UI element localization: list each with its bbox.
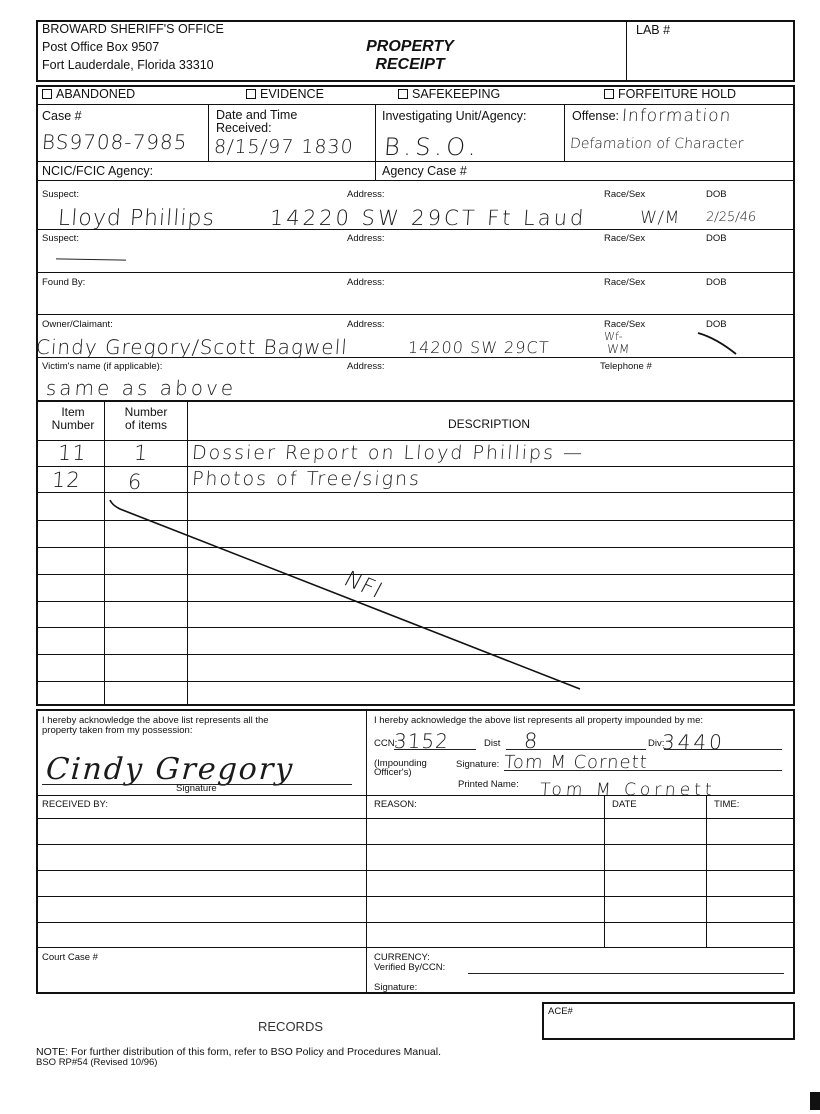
divider (36, 357, 795, 358)
checkbox-evidence[interactable] (246, 89, 256, 99)
ccn-line (394, 749, 476, 750)
officer-signature-line (504, 770, 782, 771)
date-time-label-2: Received: (216, 122, 272, 135)
suspect2-race-sex-label: Race/Sex (604, 234, 645, 244)
ack-left-text-2: property taken from my possession: (42, 726, 192, 736)
lab-number-field[interactable] (628, 40, 792, 78)
checkbox-forfeiture-hold[interactable] (604, 89, 614, 99)
investigating-agency-label: Investigating Unit/Agency: (382, 110, 527, 123)
item-count[interactable]: 6 (127, 470, 143, 494)
col-number-of-items: Number of items (108, 406, 184, 431)
ace-box (542, 1002, 795, 1040)
agency-case-label: Agency Case # (382, 165, 467, 178)
case-number-value[interactable]: BS9708-7985 (41, 130, 188, 154)
divider (36, 870, 795, 871)
col-item-number: Item Number (44, 406, 102, 431)
owner-dob-strike (696, 330, 740, 356)
suspect2-address-label: Address: (347, 234, 385, 244)
found-by-dob-label: DOB (706, 278, 727, 288)
received-by-label: RECEIVED BY: (42, 800, 108, 810)
divider (366, 709, 367, 994)
divider (36, 400, 795, 402)
divider (36, 818, 795, 819)
divider (36, 844, 795, 845)
option-evidence[interactable]: EVIDENCE (246, 88, 324, 101)
printed-name-label: Printed Name: (458, 780, 519, 790)
verified-by-label: Verified By/CCN: (374, 963, 445, 973)
divider (208, 104, 209, 162)
divider (36, 922, 795, 923)
found-by-race-sex-label: Race/Sex (604, 278, 645, 288)
investigating-agency-value[interactable]: B.S.O. (383, 133, 481, 161)
void-strike-line (100, 495, 600, 695)
victim-name-value[interactable]: same as above (45, 376, 237, 400)
currency-signature-label: Signature: (374, 983, 417, 993)
div-line (664, 749, 782, 750)
divider (36, 795, 795, 796)
divider (36, 466, 795, 467)
court-case-label: Court Case # (42, 953, 98, 963)
suspect2-label: Suspect: (42, 234, 79, 244)
suspect1-race-sex[interactable]: W/M (639, 208, 681, 228)
div-value[interactable]: 3440 (661, 730, 726, 754)
ace-label: ACE# (548, 1007, 573, 1017)
col-item-line2: Number (44, 419, 102, 432)
divider (36, 180, 795, 181)
item-number[interactable]: 12 (51, 468, 81, 492)
ack-left-signature[interactable]: Cindy Gregory (45, 752, 296, 787)
victim-address-label: Address: (347, 362, 385, 372)
form-id: BSO RP#54 (Revised 10/96) (36, 1058, 157, 1068)
item-number[interactable]: 11 (57, 441, 87, 465)
divider (626, 20, 627, 82)
dist-label: Dist (484, 739, 500, 749)
offense-label: Offense: (572, 110, 619, 123)
victim-telephone-label: Telephone # (600, 362, 652, 372)
agency-address-line1: Post Office Box 9507 (42, 41, 159, 54)
option-safekeeping[interactable]: SAFEKEEPING (398, 88, 500, 101)
divider (564, 104, 565, 162)
reason-label: REASON: (374, 800, 417, 810)
divider (36, 161, 795, 162)
suspect1-dob-label: DOB (706, 190, 727, 200)
officer-signature-label: Signature: (456, 760, 499, 770)
owner-race-sex-2[interactable]: WM (607, 342, 630, 356)
option-label: FORFEITURE HOLD (618, 87, 736, 101)
form-title-line1: PROPERTY (330, 38, 490, 56)
impounding-label-2: Officer's) (374, 768, 412, 778)
col-num-line2: of items (108, 419, 184, 432)
date-time-value[interactable]: 8/15/97 1830 (213, 136, 354, 158)
scan-artifact (810, 1092, 820, 1110)
suspect1-dob[interactable]: 2/25/46 (705, 210, 756, 225)
suspect2-dob-label: DOB (706, 234, 727, 244)
divider (36, 896, 795, 897)
divider (36, 229, 795, 230)
suspect1-name[interactable]: Lloyd Phillips (57, 206, 216, 231)
verified-by-line[interactable] (468, 973, 784, 974)
option-label: ABANDONED (56, 87, 135, 101)
item-description[interactable]: Photos of Tree/signs (191, 468, 422, 490)
owner-race-sex-label: Race/Sex (604, 320, 645, 330)
found-by-address-label: Address: (347, 278, 385, 288)
divider (36, 492, 795, 493)
option-abandoned[interactable]: ABANDONED (42, 88, 135, 101)
dist-line (506, 749, 646, 750)
time-label: TIME: (714, 800, 739, 810)
offense-value-line1[interactable]: Information (621, 106, 732, 126)
item-description[interactable]: Dossier Report on Lloyd Phillips — (191, 442, 585, 464)
owner-address[interactable]: 14200 SW 29CT (407, 338, 550, 357)
owner-dob-label: DOB (706, 320, 727, 330)
agency-name: BROWARD SHERIFF'S OFFICE (42, 23, 224, 36)
ack-left-signature-label: Signature (176, 784, 217, 794)
item-count[interactable]: 1 (133, 441, 149, 465)
form-title-line2: RECEIPT (330, 56, 490, 74)
suspect1-address[interactable]: 14220 SW 29CT Ft Laud (269, 206, 587, 230)
found-by-label: Found By: (42, 278, 85, 288)
ack-right-text: I hereby acknowledge the above list repr… (374, 716, 703, 726)
records-label: RECORDS (258, 1020, 323, 1034)
col-num-line1: Number (108, 406, 184, 419)
form-title: PROPERTY RECEIPT (330, 38, 490, 74)
owner-label: Owner/Claimant: (42, 320, 113, 330)
col-description: DESCRIPTION (448, 418, 530, 431)
suspect1-address-label: Address: (347, 190, 385, 200)
suspect1-race-sex-label: Race/Sex (604, 190, 645, 200)
suspect1-label: Suspect: (42, 190, 79, 200)
printed-name-value[interactable]: Tom M Cornett (539, 780, 716, 800)
divider (36, 272, 795, 273)
col-item-line1: Item (44, 406, 102, 419)
option-label: SAFEKEEPING (412, 87, 500, 101)
owner-address-label: Address: (347, 320, 385, 330)
owner-name[interactable]: Cindy Gregory/Scott Bagwell (35, 335, 348, 359)
case-number-label: Case # (42, 110, 82, 123)
option-forfeiture-hold[interactable]: FORFEITURE HOLD (604, 88, 736, 101)
offense-value-line2[interactable]: Defamation of Character (569, 136, 744, 152)
ncic-agency-label: NCIC/FCIC Agency: (42, 165, 153, 178)
divider (36, 947, 795, 948)
divider (36, 104, 795, 105)
checkbox-safekeeping[interactable] (398, 89, 408, 99)
divider (36, 440, 795, 441)
lab-number-label: LAB # (636, 24, 670, 37)
date-label: DATE (612, 800, 637, 810)
checkbox-abandoned[interactable] (42, 89, 52, 99)
option-label: EVIDENCE (260, 87, 324, 101)
agency-address-line2: Fort Lauderdale, Florida 33310 (42, 59, 214, 72)
divider (375, 104, 376, 180)
victim-name-label: Victim's name (if applicable): (42, 362, 162, 372)
divider (36, 314, 795, 315)
